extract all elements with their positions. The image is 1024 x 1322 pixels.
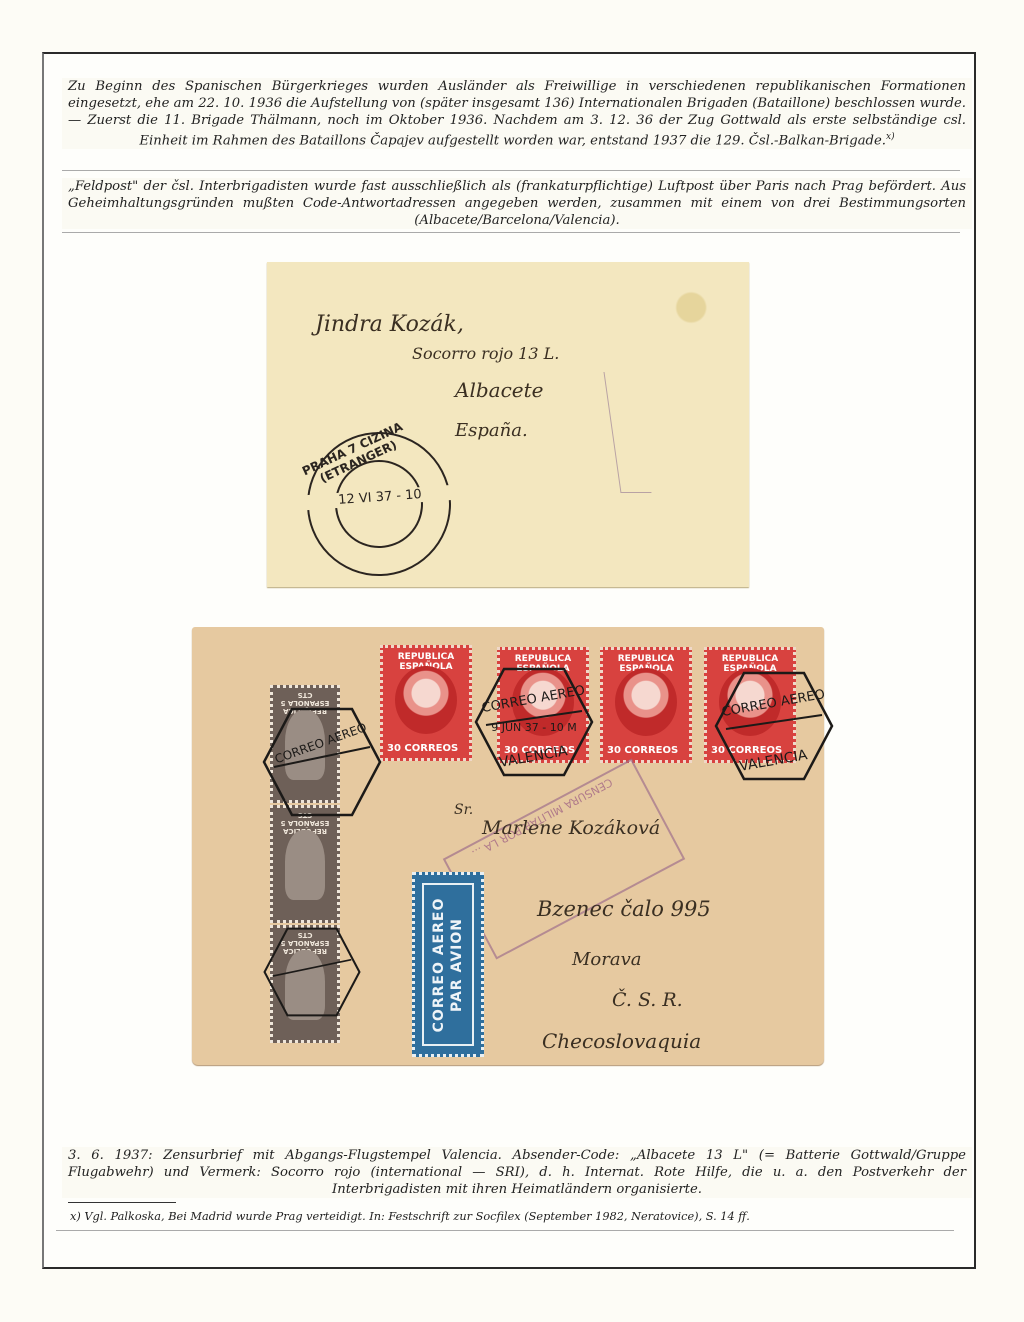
address-name: Marlene Kozáková: [482, 817, 660, 839]
sender-country: España.: [455, 420, 528, 441]
valencia-cancel: CORREO AEREO: [262, 707, 382, 817]
footnote-marker: x): [886, 132, 895, 142]
airmail-label: CORREO AEREO PAR AVION: [412, 872, 484, 1057]
footnote-text: x) Vgl. Palkoska, Bei Madrid wurde Prag …: [70, 1210, 750, 1223]
divider: [62, 170, 960, 171]
svg-text:VALENCIA: VALENCIA: [498, 743, 569, 771]
album-page-frame: Zu Beginn des Spanischen Bürgerkrieges w…: [42, 52, 976, 1269]
divider: [62, 232, 960, 233]
stamp-value: 30 CORREOS: [387, 743, 458, 754]
svg-text:9 JUN 37 - 10 M: 9 JUN 37 - 10 M: [491, 721, 576, 734]
feldpost-text: „Feldpost" der čsl. Interbrigadisten wur…: [68, 178, 966, 229]
envelope-front-image: REPUBLICA ESPAÑOLA 30 CORREOS REPUBLICA …: [192, 627, 824, 1065]
pencil-mark: [603, 372, 651, 493]
svg-text:CORREO AEREO: CORREO AEREO: [273, 720, 368, 766]
feldpost-paragraph: „Feldpost" der čsl. Interbrigadisten wur…: [62, 178, 972, 229]
stamp-value: 30 CORREOS: [607, 745, 678, 756]
brown-stamp: REPUBLICA ESPAÑOLA 5 CTS: [270, 805, 340, 923]
praha-postmark: PRAHA 7 CIZINA (ETRANGER) 12 VI 37 - 10: [307, 432, 451, 576]
svg-text:VALENCIA: VALENCIA: [738, 747, 809, 775]
airmail-line1: CORREO AEREO: [430, 885, 448, 1045]
sender-code: Socorro rojo 13 L.: [412, 344, 559, 363]
red-stamp: REPUBLICA ESPAÑOLA 30 CORREOS: [600, 647, 692, 763]
envelope-back-image: Jindra Kozák, Socorro rojo 13 L. Albacet…: [267, 262, 749, 587]
address-state: Č. S. R.: [612, 989, 683, 1011]
divider: [56, 1230, 954, 1231]
svg-text:CORREO AEREO: CORREO AEREO: [481, 683, 587, 716]
airmail-line2: PAR AVION: [448, 885, 466, 1045]
red-stamp: REPUBLICA ESPAÑOLA 30 CORREOS: [380, 645, 472, 761]
airmail-label-text: CORREO AEREO PAR AVION: [430, 885, 466, 1045]
address-street: Bzenec čalo 995: [537, 897, 711, 921]
sender-city: Albacete: [455, 378, 543, 402]
valencia-cancel: CORREO AEREOVALENCIA: [714, 671, 834, 781]
portrait: [395, 666, 457, 734]
portrait: [615, 668, 677, 736]
valencia-cancel: CORREO AEREO9 JUN 37 - 10 MVALENCIA: [474, 667, 594, 777]
address-country: Checoslovaquia: [542, 1029, 701, 1053]
bust: [285, 830, 325, 900]
intro-paragraph: Zu Beginn des Spanischen Bürgerkrieges w…: [62, 78, 972, 149]
svg-text:CORREO AEREO: CORREO AEREO: [721, 687, 827, 720]
caption-paragraph: 3. 6. 1937: Zensurbrief mit Abgangs-Flug…: [62, 1147, 972, 1198]
caption-text: 3. 6. 1937: Zensurbrief mit Abgangs-Flug…: [68, 1147, 966, 1198]
valencia-cancel: [262, 927, 362, 1017]
address-region: Morava: [572, 949, 642, 970]
intro-text: Zu Beginn des Spanischen Bürgerkrieges w…: [68, 79, 966, 148]
address-salutation: Sr.: [454, 802, 473, 818]
sender-name: Jindra Kozák,: [315, 312, 464, 337]
footnote-rule: [68, 1202, 176, 1203]
